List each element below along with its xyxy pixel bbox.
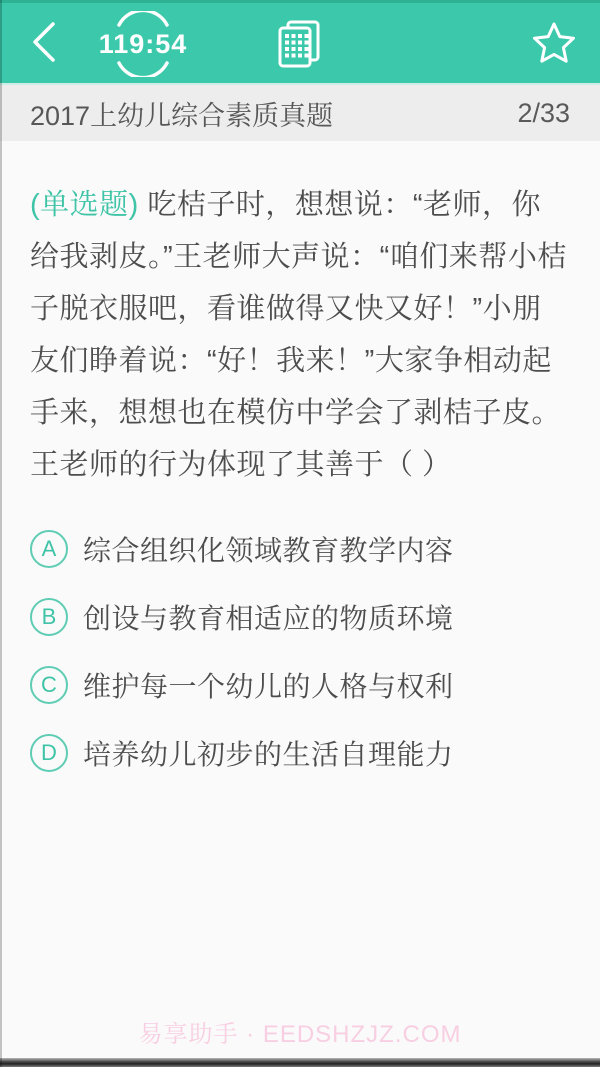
question-progress: 2/33 <box>517 98 570 129</box>
star-icon <box>528 18 580 73</box>
question-text: (单选题) 吃桔子时，想想说：“老师，你给我剥皮。”王老师大声说：“咱们来帮小桔… <box>30 179 570 491</box>
answer-sheet-icon <box>271 15 327 76</box>
bottom-edge-bar <box>0 1058 600 1067</box>
option-a[interactable]: A 综合组织化领域教育教学内容 <box>30 529 570 569</box>
question-area: (单选题) 吃桔子时，想想说：“老师，你给我剥皮。”王老师大声说：“咱们来帮小桔… <box>0 141 600 773</box>
option-c-label: 维护每一个幼儿的人格与权利 <box>83 665 454 705</box>
favorite-button[interactable] <box>526 17 582 73</box>
exam-timer[interactable]: 119:54 <box>88 11 198 77</box>
watermark-text: 易享助手 · EEDSHZJZ.COM <box>0 1014 600 1049</box>
option-b[interactable]: B 创设与教育相适应的物质环境 <box>30 597 570 637</box>
option-d-circle[interactable]: D <box>30 734 68 772</box>
option-a-circle[interactable]: A <box>30 530 68 568</box>
exam-title: 2017上幼儿综合素质真题 <box>30 94 333 133</box>
answer-sheet-button[interactable] <box>268 17 330 73</box>
exam-title-bar: 2017上幼儿综合素质真题 2/33 <box>0 83 600 141</box>
options-list: A 综合组织化领域教育教学内容 B 创设与教育相适应的物质环境 C 维护每一个幼… <box>30 529 570 773</box>
back-button[interactable] <box>22 19 66 69</box>
option-c[interactable]: C 维护每一个幼儿的人格与权利 <box>30 665 570 705</box>
back-chevron-icon <box>27 19 61 70</box>
screen-edge-line <box>0 0 2 1067</box>
question-type-tag: (单选题) <box>30 189 139 221</box>
option-d[interactable]: D 培养幼儿初步的生活自理能力 <box>30 733 570 773</box>
option-b-label: 创设与教育相适应的物质环境 <box>83 597 454 637</box>
option-b-circle[interactable]: B <box>30 598 68 636</box>
option-c-circle[interactable]: C <box>30 666 68 704</box>
app-header: 119:54 <box>0 0 600 83</box>
option-a-label: 综合组织化领域教育教学内容 <box>83 529 454 569</box>
option-d-label: 培养幼儿初步的生活自理能力 <box>83 733 454 773</box>
question-body: 吃桔子时，想想说：“老师，你给我剥皮。”王老师大声说：“咱们来帮小桔子脱衣服吧，… <box>30 189 567 481</box>
timer-value: 119:54 <box>99 29 188 60</box>
